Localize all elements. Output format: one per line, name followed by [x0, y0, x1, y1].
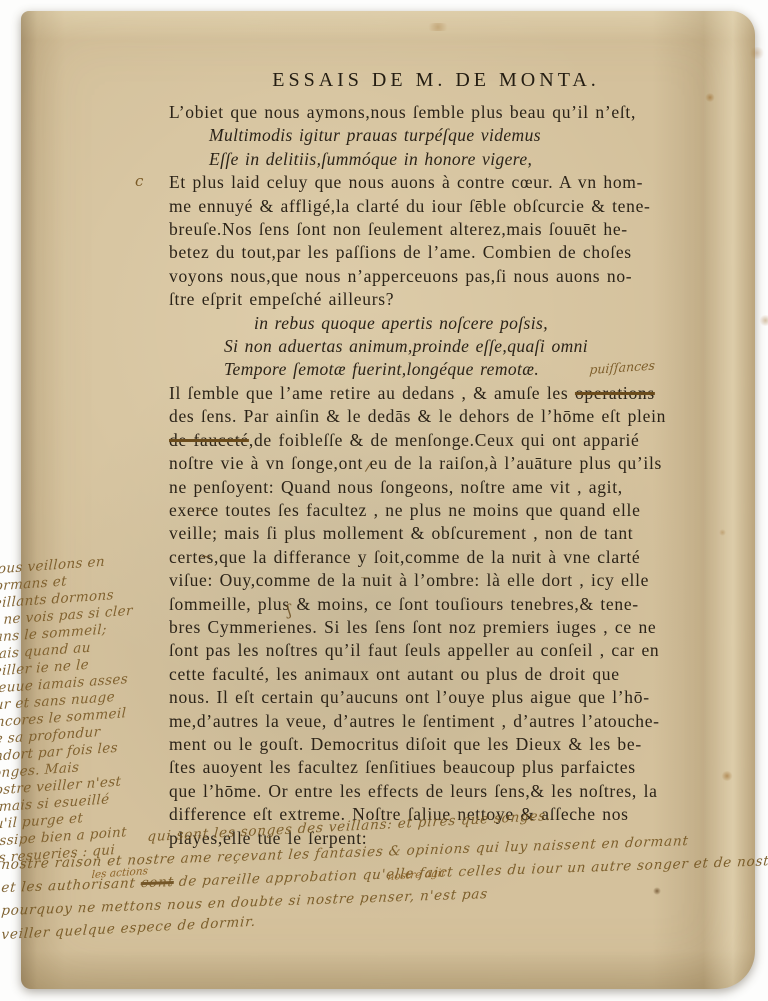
text-segment: breuſe.Nos ſens ſont non ſeulement alter… [169, 219, 628, 239]
foxing-spot [719, 529, 726, 536]
text-segment: L’obiet que nous aymons,nous ſemble plus… [169, 102, 636, 122]
print-line: viſue: Ouy,comme de la nuit à l’ombre: l… [169, 569, 703, 592]
print-line: des ſens. Par ainſin & le dedās & le deh… [169, 405, 703, 428]
text-segment: Eſſe in delitiis,ſummóque in honore vige… [209, 149, 532, 169]
print-line: veille; mais ſi plus mollement & obſcure… [169, 522, 703, 545]
text-segment: ne penſoyent: Quand nous ſongeons, noſtr… [169, 477, 623, 497]
print-line: que l’hōme. Or entre les effects de leur… [169, 780, 703, 803]
print-line: betez du tout,par les paſſions de l’ame.… [169, 241, 703, 264]
print-line: L’obiet que nous aymons,nous ſemble plus… [169, 101, 703, 124]
correction-mark: ∼ [196, 503, 208, 519]
text-segment: in rebus quoque apertis noſcere poſsis, [254, 313, 548, 333]
struck-text: operations [575, 383, 655, 403]
foxing-spot [705, 93, 715, 102]
print-line: ſtes auoyent les facultez ſenſitiues bea… [169, 756, 703, 779]
text-segment: voyons nous,que nous n’apperceuons pas,ſ… [169, 266, 632, 286]
margin-letter-mark: c [135, 172, 143, 190]
text-segment: ,de foibleſſe & de menſonge.Ceux qui ont… [249, 430, 640, 450]
print-line: ſont pas les noſtres qu’il faut ſeuls ap… [169, 639, 703, 662]
text-segment: veille; mais ſi plus mollement & obſcure… [169, 523, 633, 543]
text-segment: ſommeille, plus & moins, ce ſont touſiou… [169, 594, 639, 614]
text-segment: Multimodis igitur prauas turpéſque videm… [209, 125, 541, 145]
print-line: Eſſe in delitiis,ſummóque in honore vige… [209, 148, 703, 171]
text-segment: viſue: Ouy,comme de la nuit à l’ombre: l… [169, 570, 649, 590]
text-segment: ſont pas les noſtres qu’il faut ſeuls ap… [169, 640, 659, 660]
print-line: de fauceté,de foibleſſe & de menſonge.Ce… [169, 429, 703, 452]
text-segment: Il ſemble que l’ame retire au dedans , &… [169, 383, 575, 403]
print-line: in rebus quoque apertis noſcere poſsis, [254, 312, 703, 335]
foxing-spot [721, 771, 733, 781]
foxing-spot [653, 887, 661, 895]
print-line: noſtre vie à vn ſonge,ont eu de la raiſo… [169, 452, 703, 475]
print-line: Il ſemble que l’ame retire au dedans , &… [169, 382, 703, 405]
foxing-spot [749, 47, 765, 59]
text-segment: exerce toutes ſes facultez , ne plus ne … [169, 500, 641, 520]
text-segment: me ennuyé & affligé,la clarté du iour ſē… [169, 196, 651, 216]
print-line: bres Cymmerienes. Si les ſens ſont noz p… [169, 616, 703, 639]
print-line: me,d’autres la veue, d’autres le ſentime… [169, 710, 703, 733]
text-segment: des ſens. Par ainſin & le dedās & le deh… [169, 406, 666, 426]
text-segment: Si non aduertas animum,proinde eſſe,quaſ… [224, 336, 588, 356]
running-header: ESSAIS DE M. DE MONTA. [169, 69, 703, 92]
text-segment: Et plus laid celuy que nous auons à cont… [169, 172, 643, 192]
print-line: playes,elle tue le ſerpent: [169, 827, 703, 850]
text-segment: cette faculté, les animaux ont autant ou… [169, 664, 620, 684]
struck-text: de fauceté [169, 430, 249, 450]
text-segment: que l’hōme. Or entre les effects de leur… [169, 781, 658, 801]
print-line: nous. Il eſt certain qu’aucuns ont l’ouy… [169, 686, 703, 709]
print-line: Si non aduertas animum,proinde eſſe,quaſ… [224, 335, 703, 358]
text-segment: me,d’autres la veue, d’autres le ſentime… [169, 711, 660, 731]
text-segment: bres Cymmerienes. Si les ſens ſont noz p… [169, 617, 656, 637]
printed-lines: L’obiet que nous aymons,nous ſemble plus… [169, 101, 703, 850]
text-segment: ſtre eſprit empeſché ailleurs? [169, 289, 394, 309]
print-line: Et plus laid celuy que nous auons à cont… [169, 171, 703, 194]
print-line: ſtre eſprit empeſché ailleurs? [169, 288, 703, 311]
correction-mark: ‾ [361, 576, 368, 592]
text-segment: noſtre vie à vn ſonge,ont eu de la raiſo… [169, 453, 662, 473]
text-segment: betez du tout,par les paſſions de l’ame.… [169, 242, 632, 262]
text-segment: difference eſt extreme. Noſtre ſaliue ne… [169, 804, 629, 824]
correction-mark: ˋ [527, 552, 535, 571]
scan-background: ESSAIS DE M. DE MONTA. L’obiet que nous … [0, 0, 768, 1001]
text-segment: nous. Il eſt certain qu’aucuns ont l’ouy… [169, 687, 650, 707]
foxing-spot [425, 23, 451, 31]
print-line: breuſe.Nos ſens ſont non ſeulement alter… [169, 218, 703, 241]
text-segment: ſtes auoyent les facultez ſenſitiues bea… [169, 757, 636, 777]
text-segment: playes,elle tue le ſerpent: [169, 828, 367, 848]
printed-text-block: ESSAIS DE M. DE MONTA. L’obiet que nous … [169, 69, 703, 850]
foxing-spot [759, 315, 768, 326]
print-line: cette faculté, les animaux ont autant ou… [169, 663, 703, 686]
print-line: me ennuyé & affligé,la clarté du iour ſē… [169, 195, 703, 218]
print-line: certes,que la differance y ſoit,comme de… [169, 546, 703, 569]
text-segment: Tempore ſemotæ fuerint,longéque remotæ. [224, 359, 539, 379]
margin-annotation: Nous veillons endormans etveillants dorm… [0, 562, 154, 868]
text-segment: ment ou le gouſt. Democritus diſoit que … [169, 734, 642, 754]
text-segment: certes,que la differance y ſoit,comme de… [169, 547, 640, 567]
print-line: ne penſoyent: Quand nous ſongeons, noſtr… [169, 476, 703, 499]
print-line: ſommeille, plus & moins, ce ſont touſiou… [169, 593, 703, 616]
print-line: exerce toutes ſes facultez , ne plus ne … [169, 499, 703, 522]
correction-mark: ∼ [200, 549, 212, 565]
print-line: Multimodis igitur prauas turpéſque videm… [209, 124, 703, 147]
print-line: ment ou le gouſt. Democritus diſoit que … [169, 733, 703, 756]
print-line: difference eſt extreme. Noſtre ſaliue ne… [169, 803, 703, 826]
print-line: voyons nous,que nous n’apperceuons pas,ſ… [169, 265, 703, 288]
